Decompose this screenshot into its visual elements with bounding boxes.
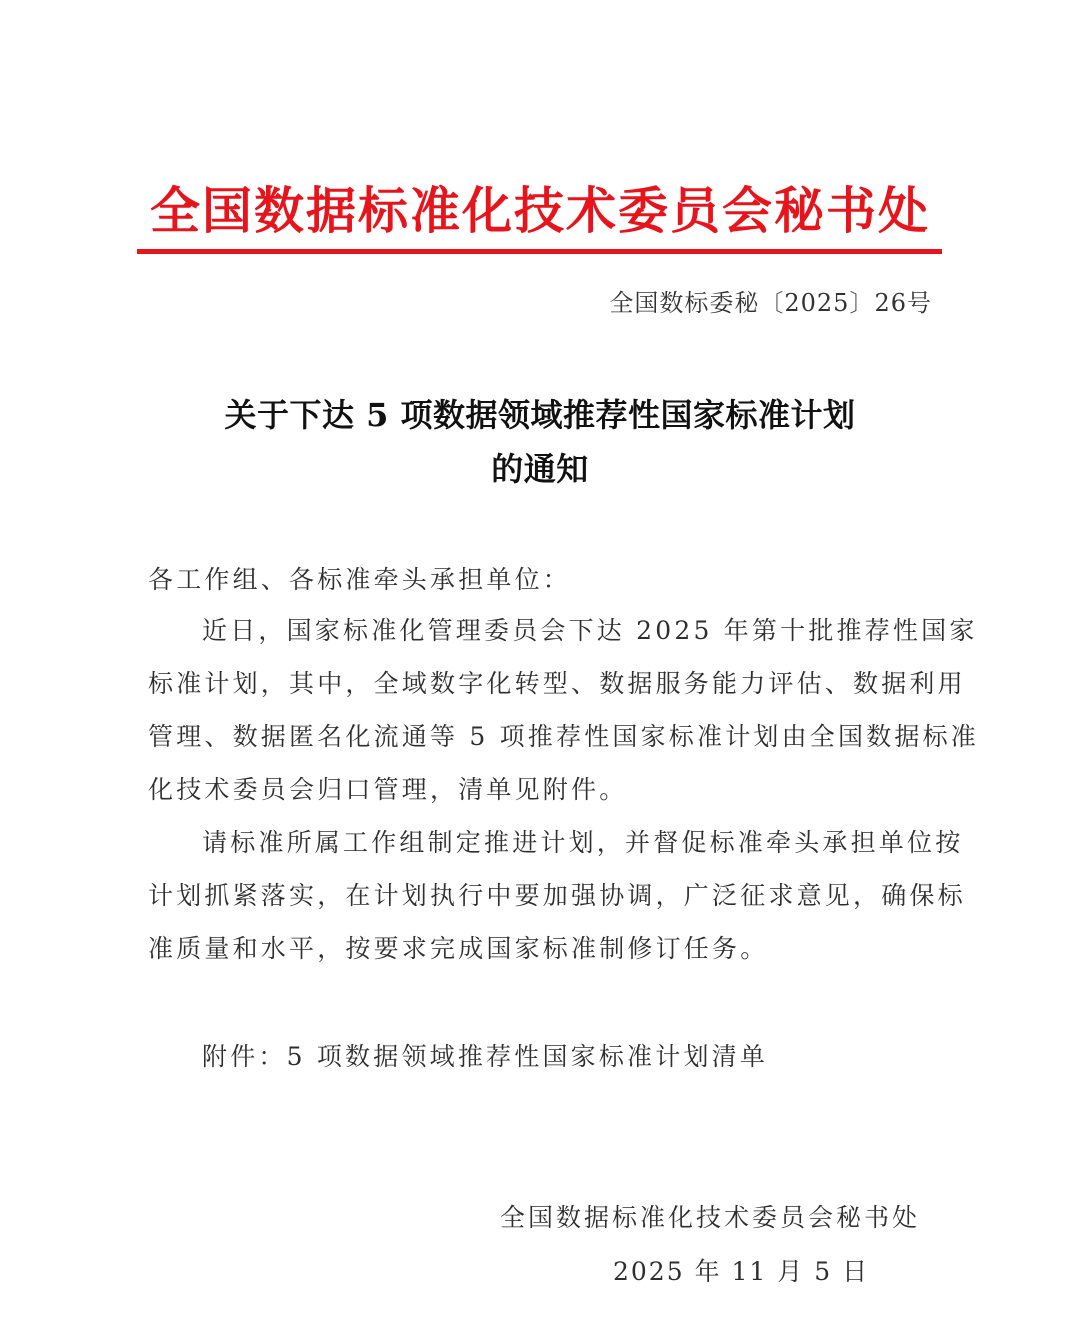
- signature-organization: 全国数据标准化技术委员会秘书处: [500, 1198, 920, 1234]
- masthead-red-rule: [137, 249, 942, 254]
- masthead-organization: 全国数据标准化技术委员会秘书处: [138, 178, 942, 244]
- attachment-note: 附件：5 项数据领域推荐性国家标准计划清单: [202, 1040, 768, 1074]
- paragraph-1-line: 近日，国家标准化管理委员会下达 2025 年第十批推荐性国家: [202, 614, 978, 648]
- salutation: 各工作组、各标准牵头承担单位：: [148, 563, 571, 597]
- issue-date: 2025 年 11 月 5 日: [613, 1252, 869, 1288]
- document-title-line-1: 关于下达 5 项数据领域推荐性国家标准计划: [140, 390, 940, 436]
- document-page: 全国数据标准化技术委员会秘书处 全国数标委秘〔2025〕26号 关于下达 5 项…: [0, 0, 1080, 1321]
- paragraph-2-line: 计划抓紧落实，在计划执行中要加强协调，广泛征求意见，确保标: [148, 879, 966, 913]
- document-title-line-2: 的通知: [140, 444, 940, 490]
- paragraph-1-line: 标准计划，其中，全域数字化转型、数据服务能力评估、数据利用: [148, 667, 966, 701]
- paragraph-1-line: 管理、数据匿名化流通等 5 项推荐性国家标准计划由全国数据标准: [148, 720, 979, 754]
- document-number: 全国数标委秘〔2025〕26号: [609, 283, 932, 318]
- paragraph-2-line: 准质量和水平，按要求完成国家标准制修订任务。: [148, 932, 768, 966]
- paragraph-2-line: 请标准所属工作组制定推进计划，并督促标准牵头承担单位按: [202, 826, 963, 860]
- paragraph-1-line: 化技术委员会归口管理，清单见附件。: [148, 773, 627, 807]
